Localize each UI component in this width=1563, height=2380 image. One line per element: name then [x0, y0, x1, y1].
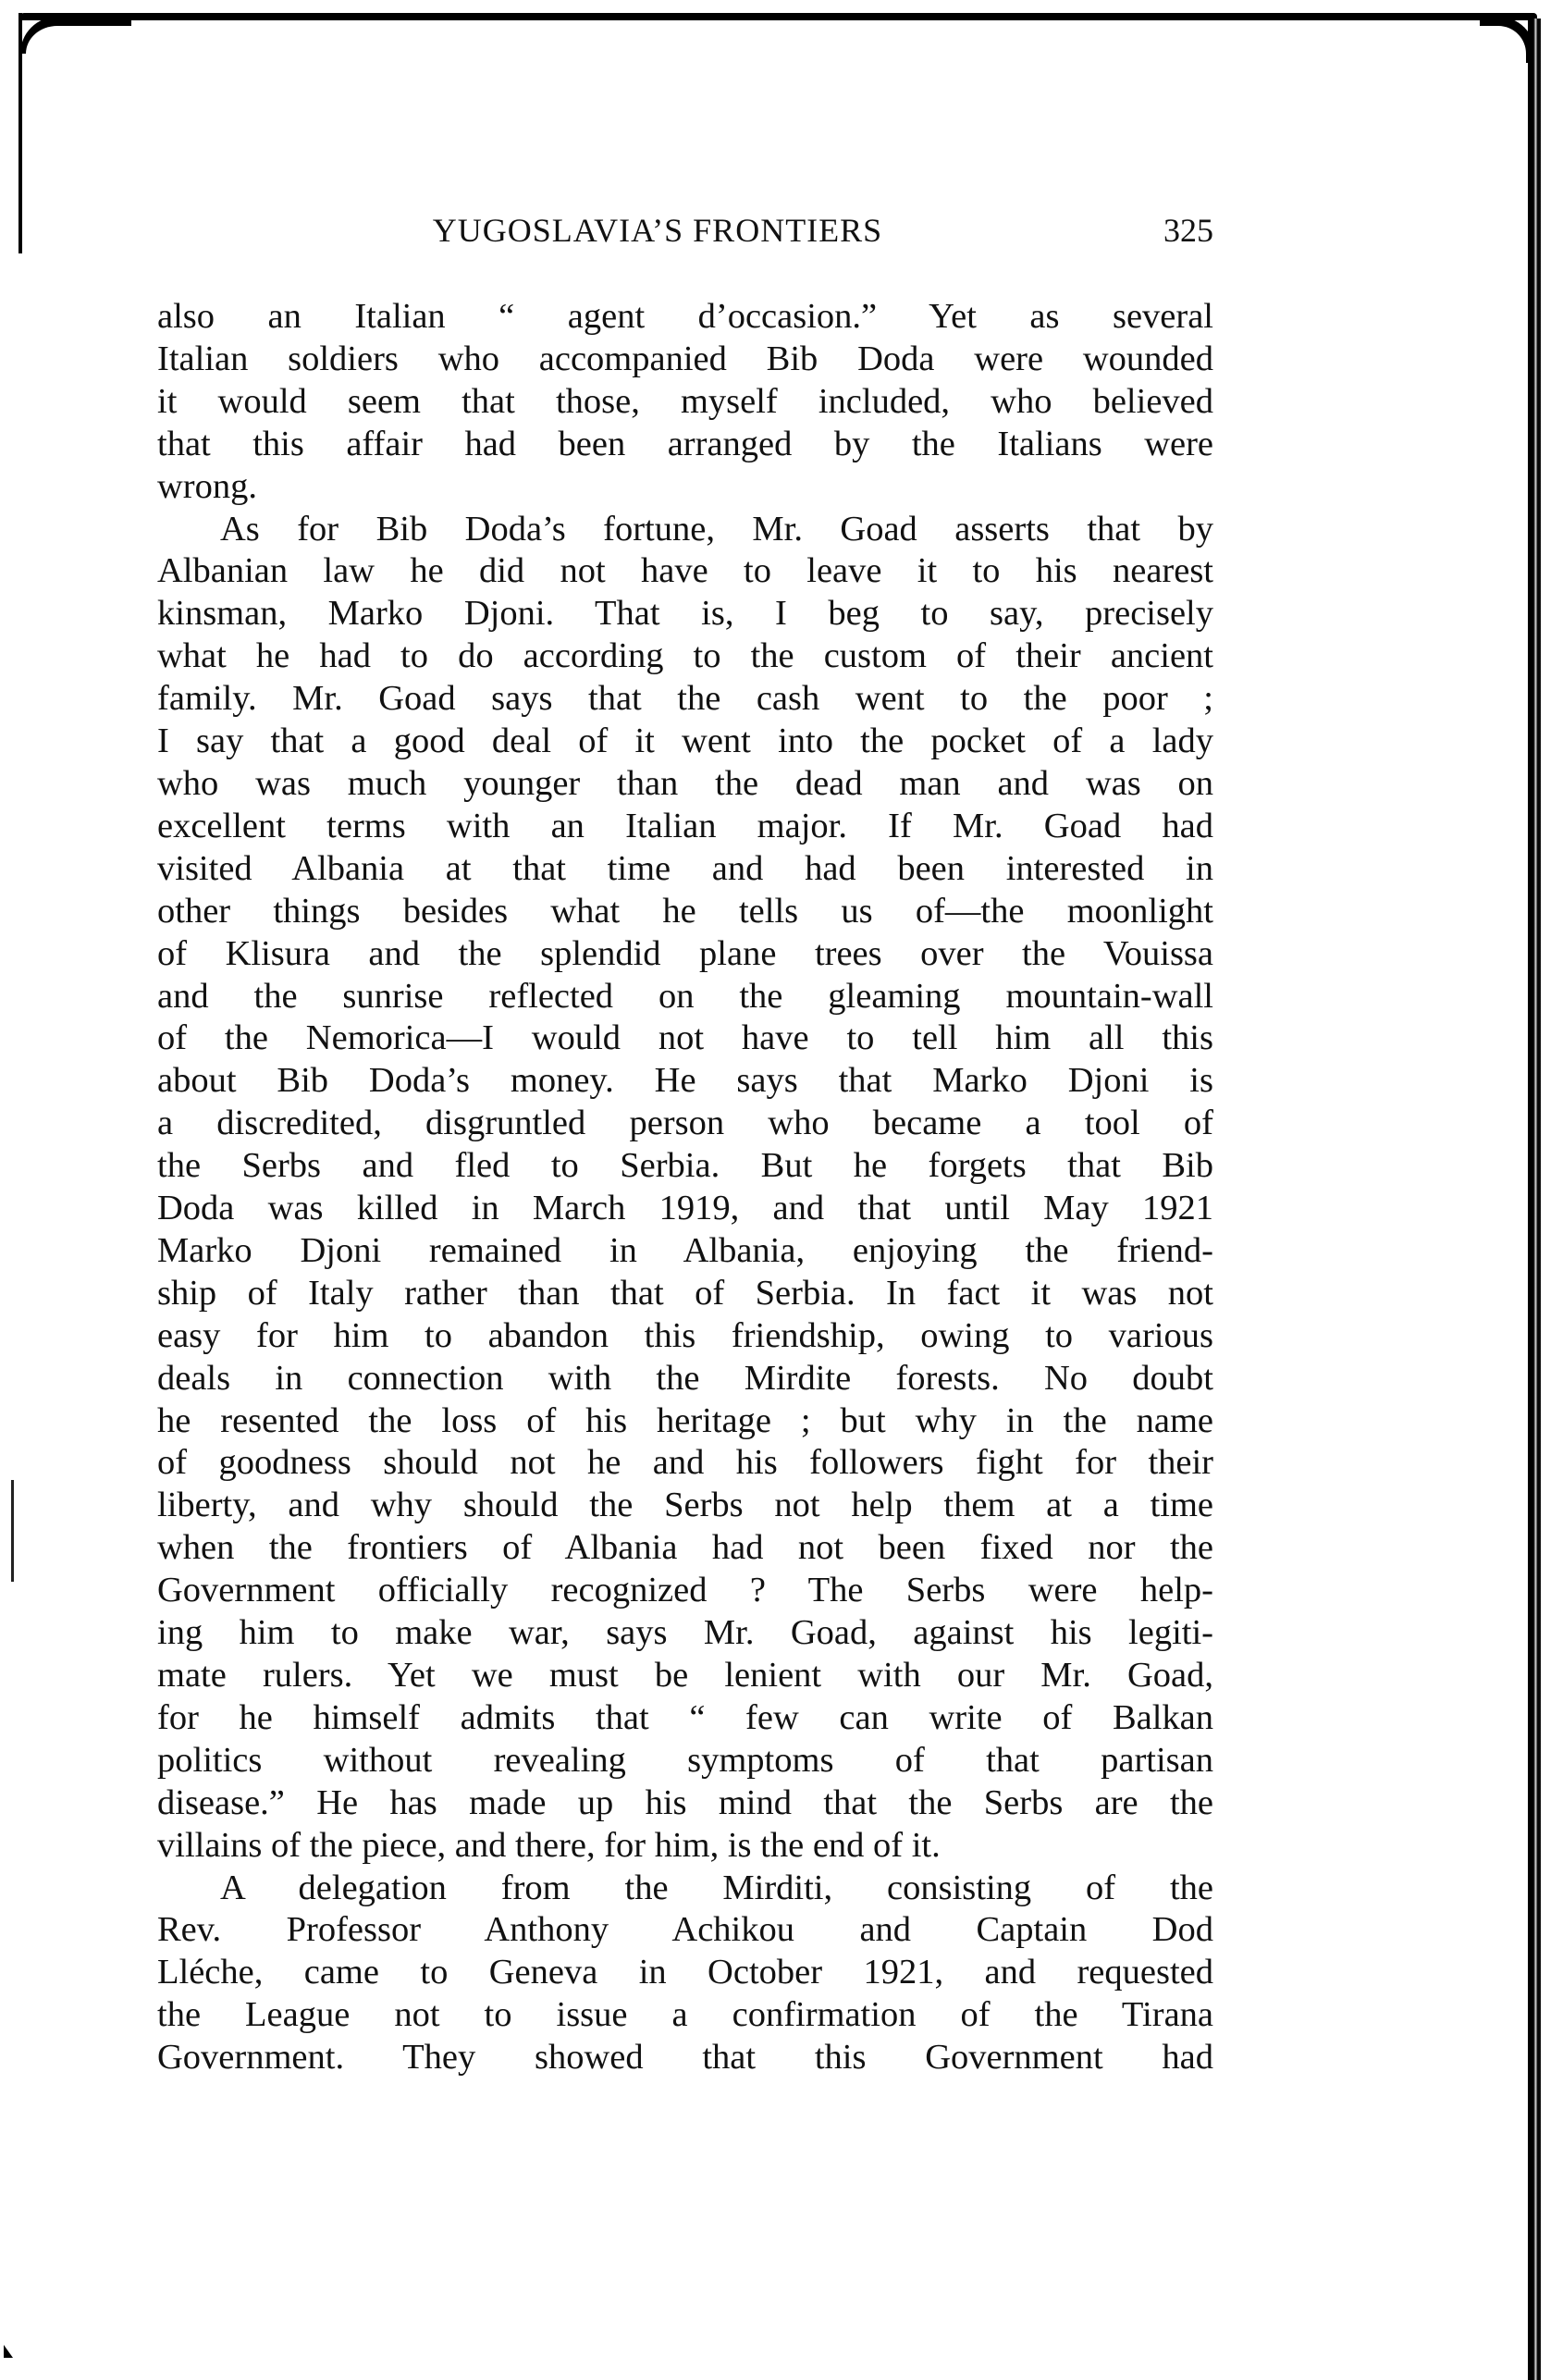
scan-border-left [18, 13, 22, 253]
text-line: A delegation from the Mirditi, consistin… [157, 1868, 1213, 1910]
text-line: also an Italian “ agent d’occasion.” Yet… [157, 296, 1213, 339]
text-line: excellent terms with an Italian major. I… [157, 806, 1213, 848]
scan-border-top [20, 13, 1537, 20]
text-line: that this affair had been arranged by th… [157, 424, 1213, 466]
text-line: Albanian law he did not have to leave it… [157, 550, 1213, 593]
text-line: Rev. Professor Anthony Achikou and Capta… [157, 1909, 1213, 1952]
scan-border-right [1528, 18, 1541, 2380]
text-line: easy for him to abandon this friendship,… [157, 1315, 1213, 1358]
running-head-title: YUGOSLAVIA’S FRONTIERS [102, 211, 1213, 250]
text-line: liberty, and why should the Serbs not he… [157, 1485, 1213, 1527]
text-line: for he himself admits that “ few can wri… [157, 1697, 1213, 1740]
paragraph-3: A delegation from the Mirditi, consistin… [157, 1868, 1213, 2080]
paragraph-1: also an Italian “ agent d’occasion.” Yet… [157, 296, 1213, 509]
text-line: wrong. [157, 466, 1213, 509]
text-line: deals in connection with the Mirdite for… [157, 1358, 1213, 1400]
page-number: 325 [1163, 211, 1213, 250]
text-line: a discredited, disgruntled person who be… [157, 1103, 1213, 1145]
text-line: politics without revealing symptoms of t… [157, 1740, 1213, 1782]
text-line: he resented the loss of his heritage ; b… [157, 1400, 1213, 1443]
scan-left-mark [11, 1480, 14, 1582]
text-line: As for Bib Doda’s fortune, Mr. Goad asse… [157, 509, 1213, 551]
text-line: the Serbs and fled to Serbia. But he for… [157, 1145, 1213, 1188]
text-line: Italian soldiers who accompanied Bib Dod… [157, 339, 1213, 381]
text-line: it would seem that those, myself include… [157, 381, 1213, 424]
body-text: also an Italian “ agent d’occasion.” Yet… [157, 296, 1213, 2079]
text-line: kinsman, Marko Djoni. That is, I beg to … [157, 593, 1213, 635]
text-line: of the Nemorica—I would not have to tell… [157, 1017, 1213, 1060]
text-line: of Klisura and the splendid plane trees … [157, 933, 1213, 976]
text-line: what he had to do according to the custo… [157, 635, 1213, 678]
text-line: of goodness should not he and his follow… [157, 1442, 1213, 1485]
text-line: who was much younger than the dead man a… [157, 763, 1213, 806]
text-line: family. Mr. Goad says that the cash went… [157, 678, 1213, 721]
text-line: and the sunrise reflected on the gleamin… [157, 976, 1213, 1018]
text-line: visited Albania at that time and had bee… [157, 848, 1213, 891]
text-line: when the frontiers of Albania had not be… [157, 1527, 1213, 1570]
text-line: Government. They showed that this Govern… [157, 2037, 1213, 2079]
text-line: villains of the piece, and there, for hi… [157, 1825, 1213, 1868]
paragraph-2: As for Bib Doda’s fortune, Mr. Goad asse… [157, 509, 1213, 1868]
scan-border-top-left-curve [20, 17, 131, 54]
text-line: Government officially recognized ? The S… [157, 1570, 1213, 1612]
text-line: Doda was killed in March 1919, and that … [157, 1188, 1213, 1230]
text-line: Marko Djoni remained in Albania, enjoyin… [157, 1230, 1213, 1273]
text-line: ship of Italy rather than that of Serbia… [157, 1273, 1213, 1315]
text-line: Lléche, came to Geneva in October 1921, … [157, 1952, 1213, 1994]
scan-corner-mark [4, 2345, 13, 2358]
text-line: mate rulers. Yet we must be lenient with… [157, 1655, 1213, 1697]
text-line: ing him to make war, says Mr. Goad, agai… [157, 1612, 1213, 1655]
scan-border-right-curve [1480, 17, 1535, 63]
text-line: disease.” He has made up his mind that t… [157, 1782, 1213, 1825]
text-line: the League not to issue a confirmation o… [157, 1994, 1213, 2037]
text-line: other things besides what he tells us of… [157, 891, 1213, 933]
text-line: about Bib Doda’s money. He says that Mar… [157, 1060, 1213, 1103]
running-head: YUGOSLAVIA’S FRONTIERS 325 [157, 211, 1213, 257]
text-line: I say that a good deal of it went into t… [157, 721, 1213, 763]
